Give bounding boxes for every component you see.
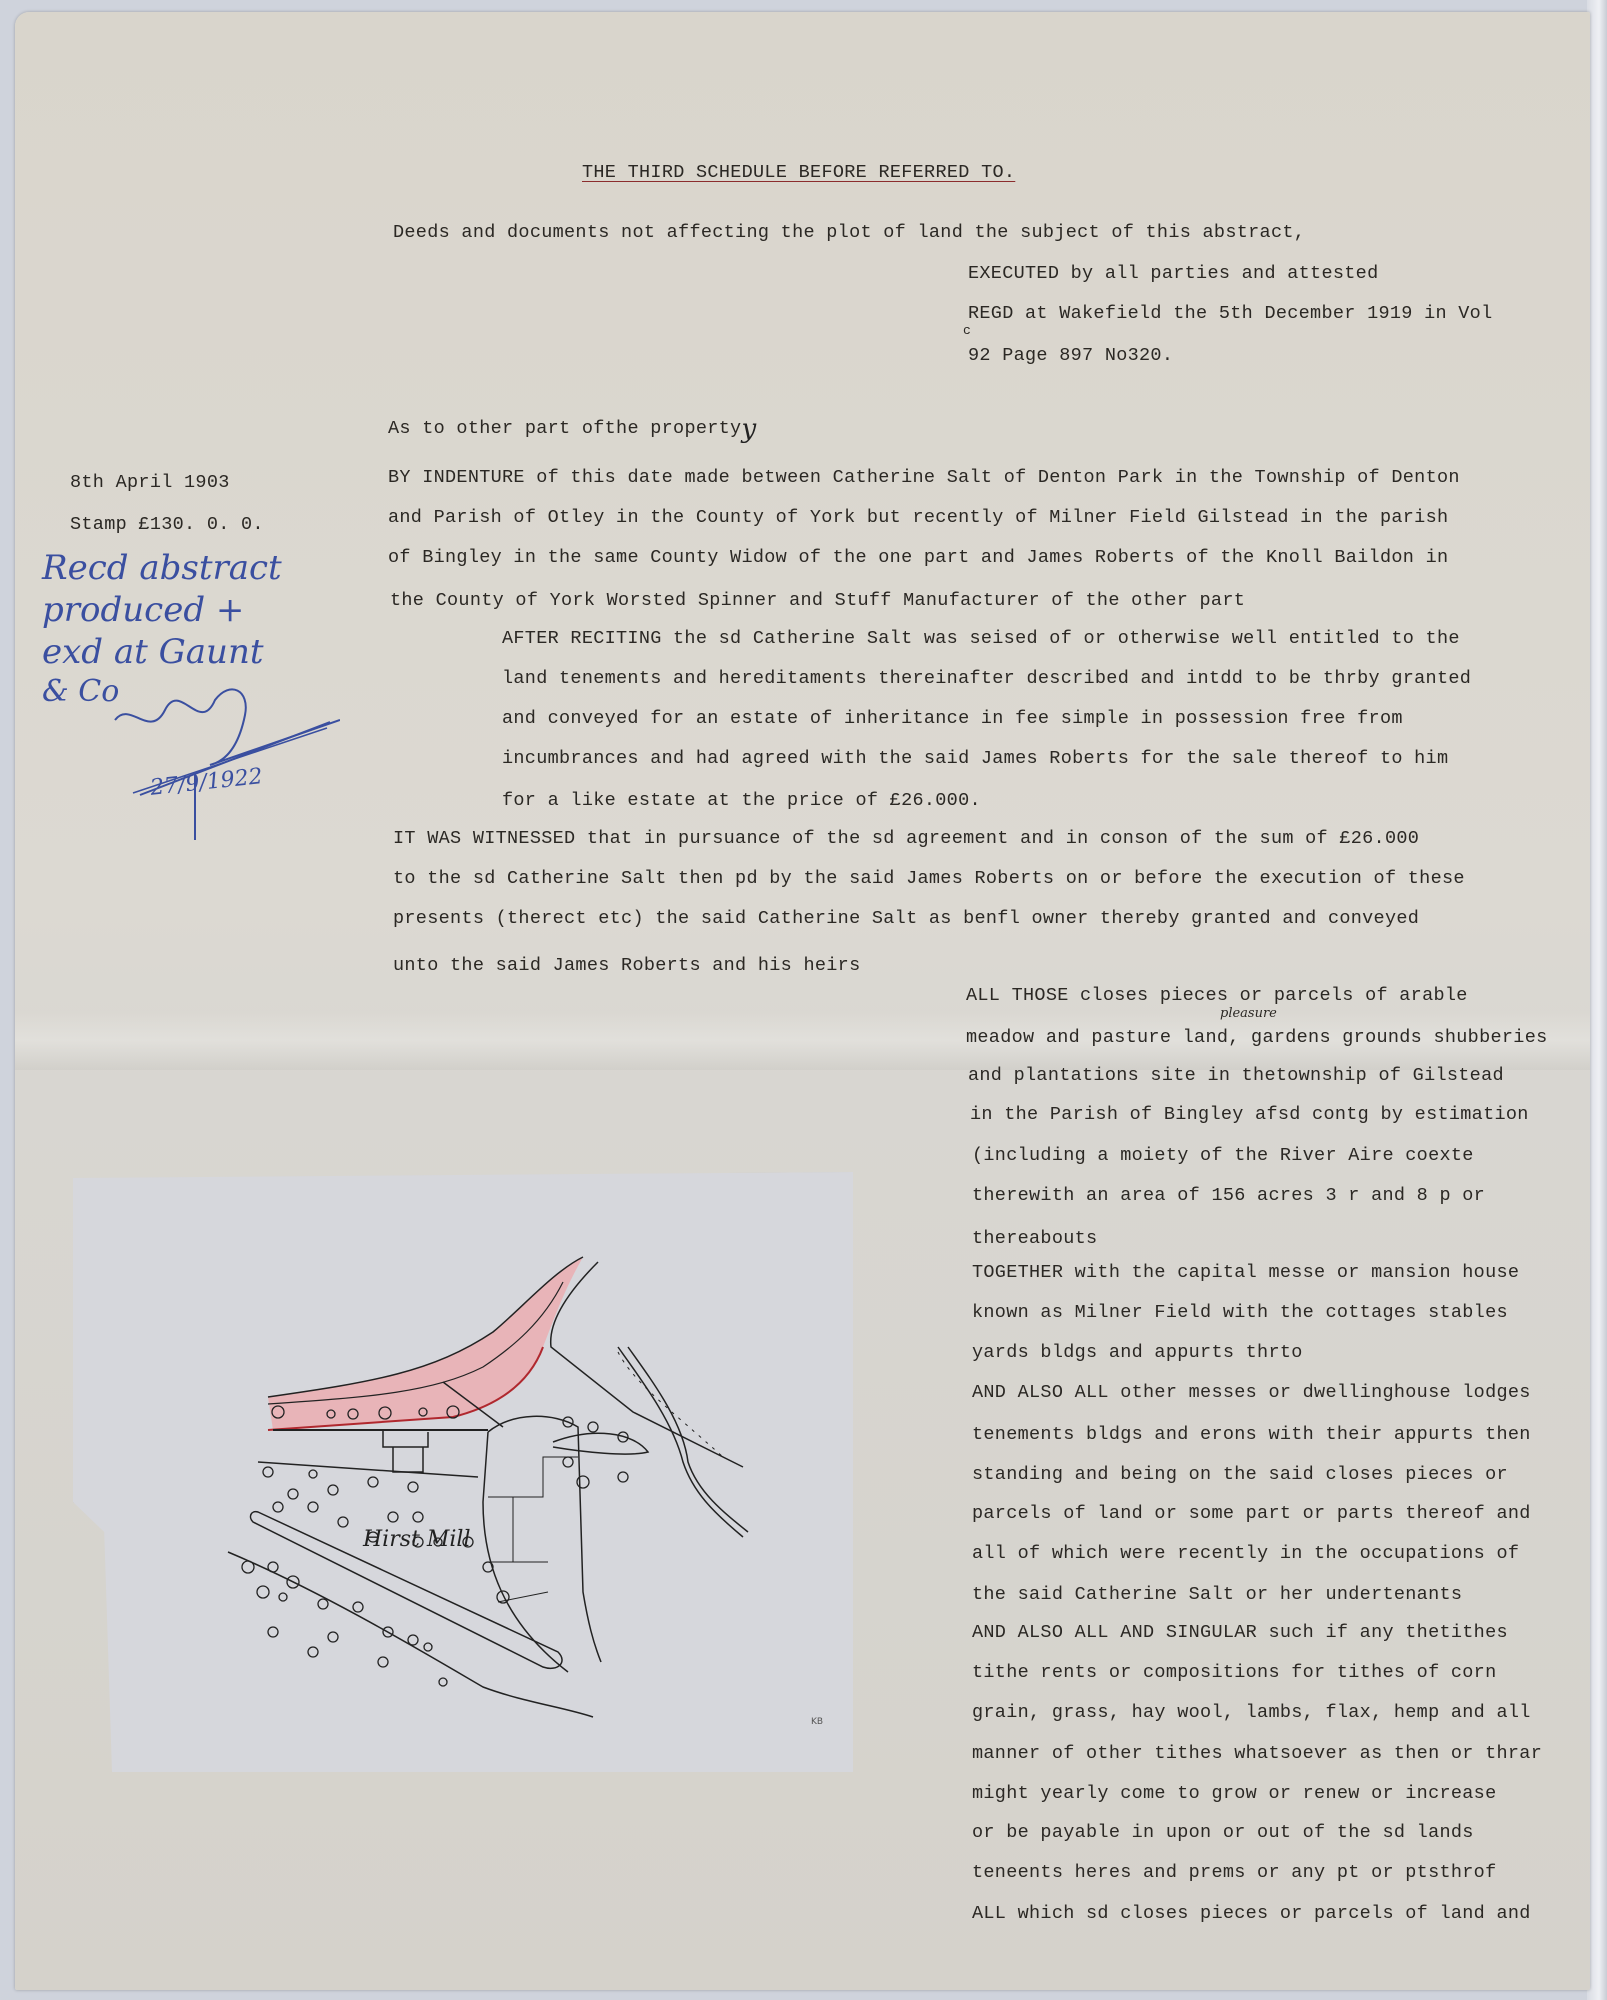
parcel-line: all of which were recently in the occupa…: [972, 1543, 1519, 1564]
parcel-line: known as Milner Field with the cottages …: [972, 1302, 1508, 1323]
section-heading: As to other part ofthe propertyy: [388, 410, 756, 440]
parcel-line: yards bldgs and appurts thrto: [972, 1342, 1303, 1363]
indenture-line: BY INDENTURE of this date made between C…: [388, 467, 1460, 488]
recital-line: and conveyed for an estate of inheritanc…: [502, 708, 1403, 729]
margin-date: 8th April 1903: [70, 472, 230, 493]
intro-line: Deeds and documents not affecting the pl…: [393, 222, 1305, 243]
map-initials: KB: [811, 1717, 823, 1727]
parcel-line: ALL THOSE closes pieces or parcels of ar…: [966, 985, 1468, 1006]
insert-annotation-pleasure: pleasure: [1220, 1006, 1277, 1021]
recital-line: for a like estate at the price of £26.00…: [502, 790, 981, 811]
map-drawing: [73, 1172, 853, 1772]
indenture-line: the County of York Worsted Spinner and S…: [390, 590, 1245, 611]
map-label-hirst-mill: Hirst Mill: [363, 1527, 471, 1552]
parcel-line: parcels of land or some part or parts th…: [972, 1503, 1531, 1524]
volume-reference: 92 Page 897 No320.: [968, 345, 1173, 366]
parcel-line: might yearly come to grow or renew or in…: [972, 1783, 1496, 1804]
executed-line: EXECUTED by all parties and attested: [968, 263, 1378, 284]
registered-line: REGD at Wakefield the 5th December 1919 …: [968, 303, 1492, 324]
parcel-line: and plantations site in thetownship of G…: [968, 1065, 1504, 1086]
parcel-line: AND ALSO ALL AND SINGULAR such if any th…: [972, 1622, 1508, 1643]
background-edge: [1587, 0, 1607, 2000]
parcel-line: thereabouts: [972, 1228, 1097, 1249]
margin-stamp: Stamp £130. 0. 0.: [70, 514, 264, 535]
note-line-3: exd at Gaunt: [42, 632, 264, 672]
witnessed-line: presents (therect etc) the said Catherin…: [393, 908, 1419, 929]
witnessed-line: to the sd Catherine Salt then pd by the …: [393, 868, 1465, 889]
schedule-title: THE THIRD SCHEDULE BEFORE REFERRED TO.: [582, 162, 1015, 183]
parcel-line: AND ALSO ALL other messes or dwellinghou…: [972, 1382, 1531, 1403]
handwritten-y-mark: y: [741, 414, 756, 444]
parcel-line: in the Parish of Bingley afsd contg by e…: [970, 1104, 1529, 1125]
annotation-c: c: [963, 323, 971, 338]
parcel-line: tithe rents or compositions for tithes o…: [972, 1662, 1496, 1683]
parcel-line: meadow and pasture land, gardens grounds…: [966, 1027, 1548, 1048]
parcel-line: (including a moiety of the River Aire co…: [972, 1145, 1474, 1166]
parcel-line: TOGETHER with the capital messe or mansi…: [972, 1262, 1519, 1283]
indenture-line: and Parish of Otley in the County of Yor…: [388, 507, 1448, 528]
witnessed-line: unto the said James Roberts and his heir…: [393, 955, 860, 976]
note-line-2: produced +: [42, 590, 244, 630]
recital-line: AFTER RECITING the sd Catherine Salt was…: [502, 628, 1460, 649]
parcel-line: the said Catherine Salt or her undertena…: [972, 1584, 1462, 1605]
parcel-line: or be payable in upon or out of the sd l…: [972, 1822, 1474, 1843]
witnessed-line: IT WAS WITNESSED that in pursuance of th…: [393, 828, 1419, 849]
recital-line: incumbrances and had agreed with the sai…: [502, 748, 1448, 769]
parcel-line: ALL which sd closes pieces or parcels of…: [972, 1903, 1531, 1924]
parcel-line: therewith an area of 156 acres 3 r and 8…: [972, 1185, 1485, 1206]
attached-sketch-map: Hirst Mill KB: [73, 1172, 853, 1772]
note-line-1: Recd abstract: [42, 548, 282, 588]
parcel-line: manner of other tithes whatsoever as the…: [972, 1743, 1542, 1764]
signature-flourish: [40, 680, 340, 850]
indenture-line: of Bingley in the same County Widow of t…: [388, 547, 1448, 568]
parcel-line: grain, grass, hay wool, lambs, flax, hem…: [972, 1702, 1531, 1723]
parcel-line: tenements bldgs and erons with their app…: [972, 1424, 1531, 1445]
parcel-line: teneents heres and prems or any pt or pt…: [972, 1862, 1496, 1883]
parcel-line: standing and being on the said closes pi…: [972, 1464, 1508, 1485]
recital-line: land tenements and hereditaments therein…: [502, 668, 1471, 689]
